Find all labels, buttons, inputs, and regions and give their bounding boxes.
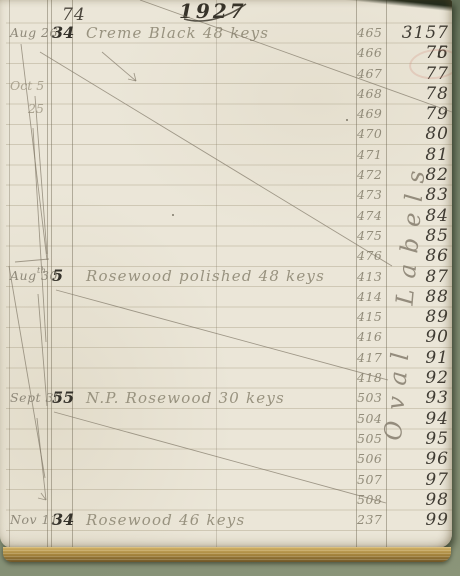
batch-number: 417	[357, 348, 385, 368]
batch-number: 469	[357, 104, 385, 124]
scanned-ledger-photo: 74 1927 Aug 26 34 Creme Black 48 keys Au…	[0, 0, 460, 576]
batch-number: 468	[357, 84, 385, 104]
faint-quantity-note: 25	[28, 101, 44, 116]
serial-number: 98	[388, 490, 452, 510]
serial-number: 97	[388, 470, 452, 490]
entry-description: Rosewood polished 48 keys	[86, 264, 325, 288]
serial-number: 3157 5	[388, 23, 452, 43]
ledger-page: 74 1927 Aug 26 34 Creme Black 48 keys Au…	[0, 0, 452, 548]
batch-number: 472	[357, 165, 385, 185]
serial-number: 79	[388, 104, 452, 124]
batch-number: 474	[357, 206, 385, 226]
entry-description: Rosewood 46 keys	[86, 508, 245, 532]
paper-speck	[346, 119, 348, 121]
page-corner-shadow	[322, 0, 452, 14]
entry-date: Aug 26	[10, 21, 58, 45]
entry-quantity: 34	[52, 21, 74, 45]
batch-number: 507	[357, 470, 385, 490]
serial-number: 99	[388, 510, 452, 530]
batch-number: 413	[357, 267, 385, 287]
entry-date: Aug 30th	[10, 264, 58, 288]
serial-number: 78	[388, 84, 452, 104]
date-superscript: th	[37, 259, 46, 283]
entry-quantity: 34	[52, 508, 74, 532]
batch-number: 476	[357, 246, 385, 266]
batch-number: 418	[357, 368, 385, 388]
batch-number: 473	[357, 185, 385, 205]
year-heading: 1927	[179, 0, 247, 23]
batch-number: 415	[357, 307, 385, 327]
batch-number: 416	[357, 327, 385, 347]
entry-description: Creme Black 48 keys	[86, 21, 269, 45]
entry-description: N.P. Rosewood 30 keys	[86, 386, 285, 410]
faint-date-note: Oct 5	[10, 78, 44, 93]
batch-number: 470	[357, 124, 385, 144]
book-fore-edge	[3, 547, 451, 562]
batch-number: 414	[357, 287, 385, 307]
batch-number: 475	[357, 226, 385, 246]
batch-number: 237	[357, 510, 385, 530]
batch-number: 467	[357, 64, 385, 84]
batch-number: 508	[357, 490, 385, 510]
paper-speck	[172, 214, 174, 216]
entry-quantity: 5	[52, 264, 63, 288]
entry-quantity: 55	[52, 386, 74, 410]
batch-number: 471	[357, 145, 385, 165]
batch-number: 465	[357, 23, 385, 43]
batch-number: 466	[357, 43, 385, 63]
